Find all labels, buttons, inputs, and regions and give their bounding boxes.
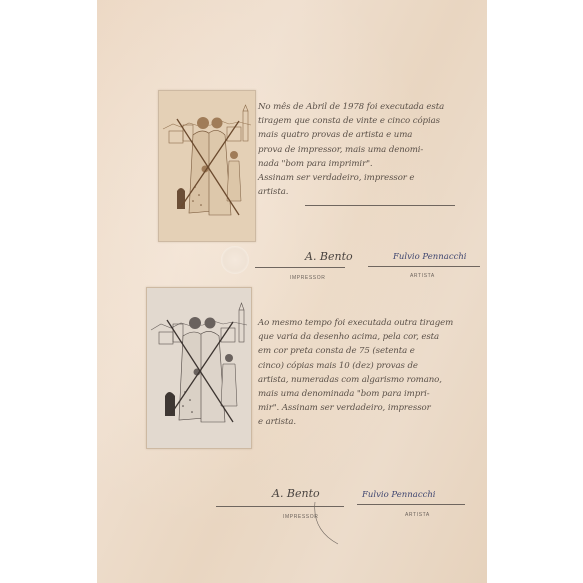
artist-signature-line-2 [357, 504, 465, 505]
section1-text: No mês de Abril de 1978 foi executada es… [258, 100, 444, 199]
text-line: mais quatro provas de artista e uma [258, 128, 444, 142]
text-line: nada "bom para imprimir". [258, 157, 444, 171]
embossed-seal-icon [221, 246, 249, 274]
text-end-line [305, 205, 455, 206]
printer-signature-2: A. Bento [272, 487, 320, 500]
artist-label: ARTISTA [410, 273, 435, 279]
text-line: mir". Assinam ser verdadeiro, impressor [258, 401, 453, 415]
etching-sepia [158, 90, 256, 242]
artist-label-2: ARTISTA [405, 512, 430, 518]
text-line: tiragem que consta de vinte e cinco cópi… [258, 114, 444, 128]
printer-label: IMPRESSOR [290, 275, 325, 281]
printer-flourish-icon [310, 500, 340, 550]
text-line: Ao mesmo tempo foi executada outra tirag… [258, 316, 453, 330]
printer-signature: A. Bento [305, 250, 353, 263]
text-line: cinco) cópias mais 10 (dez) provas de [258, 359, 453, 373]
text-line: prova de impressor, mais uma denomi- [258, 143, 444, 157]
text-line: em cor preta consta de 75 (setenta e [258, 344, 453, 358]
text-line: mais uma denominada "bom para impri- [258, 387, 453, 401]
text-line: Assinam ser verdadeiro, impressor e [258, 171, 444, 185]
text-line: e artista. [258, 415, 453, 429]
etching-illustration-icon [159, 91, 255, 241]
artist-signature: Fulvio Pennacchi [393, 252, 467, 262]
artist-signature-2: Fulvio Pennacchi [362, 490, 436, 500]
text-line: No mês de Abril de 1978 foi executada es… [258, 100, 444, 114]
text-line: que varia da desenho acima, pela cor, es… [258, 330, 453, 344]
text-line: artista. [258, 185, 444, 199]
printer-signature-line [255, 267, 345, 268]
etching-illustration-icon [147, 288, 251, 448]
text-line: artista, numeradas com algarismo romano, [258, 373, 453, 387]
section2-text: Ao mesmo tempo foi executada outra tirag… [258, 316, 453, 430]
artist-signature-line [368, 266, 480, 267]
etching-black [146, 287, 252, 449]
